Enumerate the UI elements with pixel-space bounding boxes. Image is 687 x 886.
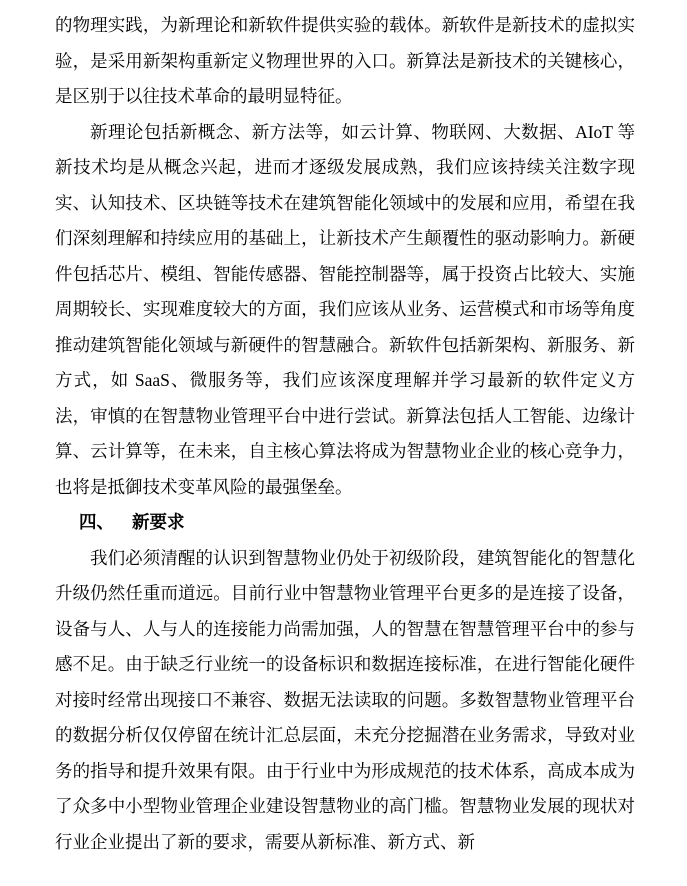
- heading-title: 新要求: [132, 512, 185, 532]
- paragraph-smart-property-current-status: 我们必须清醒的认识到智慧物业仍处于初级阶段，建筑智能化的智慧化升级仍然任重而道远…: [55, 541, 635, 861]
- section-heading-new-requirements: 四、新要求: [55, 505, 635, 541]
- heading-number: 四、: [79, 512, 114, 532]
- document-page: 的物理实践，为新理论和新软件提供实验的载体。新软件是新技术的虚拟实验，是采用新架…: [0, 0, 687, 886]
- paragraph-new-theory-hardware-software: 新理论包括新概念、新方法等，如云计算、物联网、大数据、AIoT 等新技术均是从概…: [55, 115, 635, 506]
- paragraph-new-software-algorithm: 的物理实践，为新理论和新软件提供实验的载体。新软件是新技术的虚拟实验，是采用新架…: [55, 8, 635, 115]
